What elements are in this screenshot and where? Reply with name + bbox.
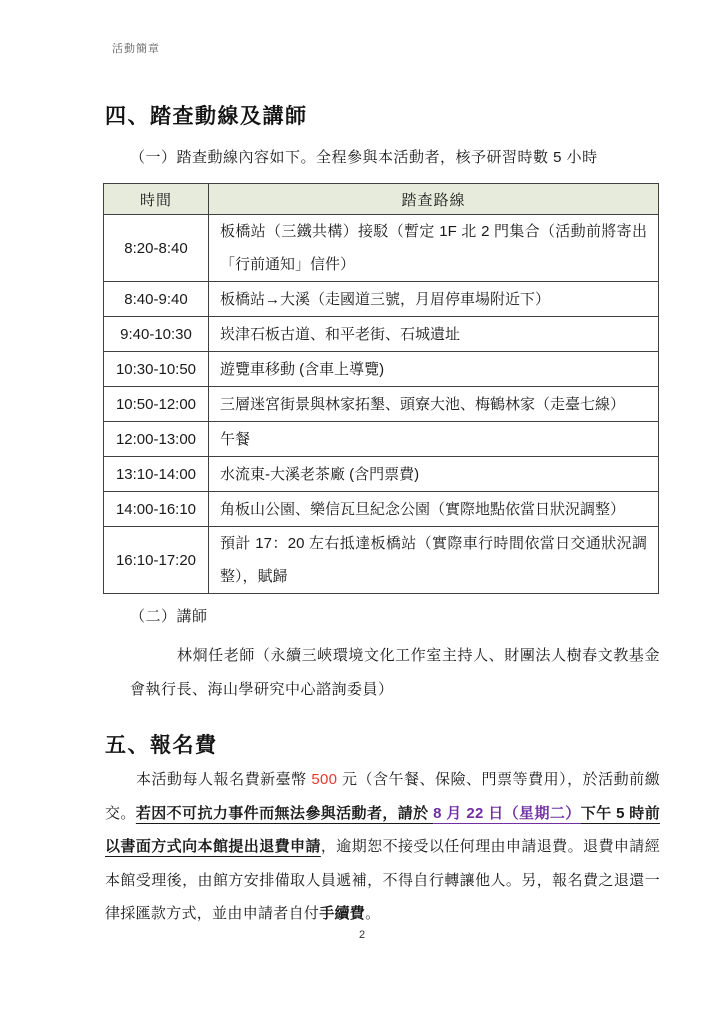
document-page: 活動簡章 四、踏查動線及講師 （一）踏查動線內容如下。全程參與本活動者，核予研習…: [0, 0, 724, 1024]
column-header: 踏查路線: [209, 184, 659, 215]
table-row: 9:40-10:30崁津石板古道、和平老街、石城遺址: [104, 317, 659, 352]
survey-intro-text: （一）踏查動線內容如下。全程參與本活動者，核予研習時數 5 小時: [130, 146, 598, 167]
table-row: 8:40-9:40板橋站→大溪（走國道三號，月眉停車場附近下）: [104, 282, 659, 317]
time-cell: 8:40-9:40: [104, 282, 209, 317]
table-row: 10:30-10:50遊覽車移動 (含車上導覽): [104, 352, 659, 387]
fee-text-segment: 。: [365, 905, 380, 922]
table-row: 14:00-16:10角板山公園、樂信瓦旦紀念公園（實際地點依當日狀況調整）: [104, 492, 659, 527]
route-cell: 板橋站（三鐵共構）接駁（暫定 1F 北 2 門集合（活動前將寄出「行前通知」信件…: [209, 215, 659, 282]
table-row: 16:10-17:20預計 17：20 左右抵達板橋站（實際車行時間依當日交通狀…: [104, 527, 659, 594]
table-row: 12:00-13:00午餐: [104, 422, 659, 457]
time-cell: 10:50-12:00: [104, 387, 209, 422]
route-cell: 午餐: [209, 422, 659, 457]
fee-text-segment: 手續費: [319, 905, 365, 922]
column-header: 時間: [104, 184, 209, 215]
time-cell: 9:40-10:30: [104, 317, 209, 352]
time-cell: 10:30-10:50: [104, 352, 209, 387]
section-fee-title: 五、報名費: [105, 729, 218, 759]
time-cell: 16:10-17:20: [104, 527, 209, 594]
route-cell: 崁津石板古道、和平老街、石城遺址: [209, 317, 659, 352]
lecturer-heading: （二）講師: [130, 605, 208, 626]
route-cell: 三層迷宮街景與林家拓墾、頭寮大池、梅鶴林家（走臺七線）: [209, 387, 659, 422]
table-row: 13:10-14:00水流東-大溪老茶廠 (含門票費): [104, 457, 659, 492]
time-cell: 12:00-13:00: [104, 422, 209, 457]
time-cell: 13:10-14:00: [104, 457, 209, 492]
running-header: 活動簡章: [112, 40, 160, 56]
itinerary-table-body: 8:20-8:40板橋站（三鐵共構）接駁（暫定 1F 北 2 門集合（活動前將寄…: [104, 215, 659, 594]
fee-paragraph: 本活動每人報名費新臺幣 500 元（含午餐、保險、門票等費用），於活動前繳交。若…: [105, 763, 660, 931]
route-cell: 板橋站→大溪（走國道三號，月眉停車場附近下）: [209, 282, 659, 317]
fee-text-segment: 500: [311, 771, 337, 788]
route-cell: 水流東-大溪老茶廠 (含門票費): [209, 457, 659, 492]
page-number: 2: [0, 929, 724, 941]
table-header-row: 時間踏查路線: [104, 184, 659, 215]
time-cell: 8:20-8:40: [104, 215, 209, 282]
route-cell: 遊覽車移動 (含車上導覽): [209, 352, 659, 387]
lecturer-detail: 林烱任老師（永續三峽環境文化工作室主持人、財團法人樹春文教基金會執行長、海山學研…: [130, 639, 660, 706]
route-cell: 預計 17：20 左右抵達板橋站（實際車行時間依當日交通狀況調整），賦歸: [209, 527, 659, 594]
section-survey-title: 四、踏查動線及講師: [105, 100, 308, 130]
fee-text-segment: 本活動每人報名費新臺幣: [136, 771, 311, 788]
table-row: 10:50-12:00三層迷宮街景與林家拓墾、頭寮大池、梅鶴林家（走臺七線）: [104, 387, 659, 422]
time-cell: 14:00-16:10: [104, 492, 209, 527]
itinerary-table-header: 時間踏查路線: [104, 184, 659, 215]
table-row: 8:20-8:40板橋站（三鐵共構）接駁（暫定 1F 北 2 門集合（活動前將寄…: [104, 215, 659, 282]
itinerary-table: 時間踏查路線 8:20-8:40板橋站（三鐵共構）接駁（暫定 1F 北 2 門集…: [103, 183, 659, 594]
fee-text-segment: 8 月 22 日（星期二）: [433, 805, 581, 822]
route-cell: 角板山公園、樂信瓦旦紀念公園（實際地點依當日狀況調整）: [209, 492, 659, 527]
fee-text-segment: 若因不可抗力事件而無法參與活動者，請於: [136, 805, 433, 822]
